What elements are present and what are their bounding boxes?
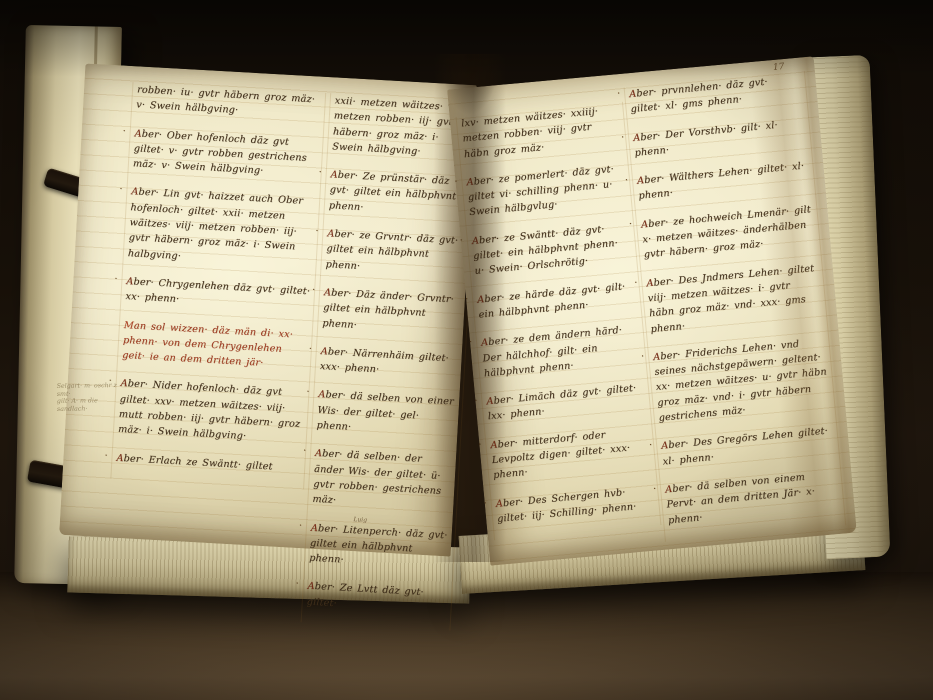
- paragraph-mark: ·: [312, 283, 316, 298]
- paragraph-mark: ·: [315, 225, 319, 240]
- ledger-entry: ·Aber· Erlach ze Swäntt· giltet: [116, 450, 301, 476]
- paragraph-mark: ·: [478, 438, 482, 454]
- paragraph-mark: ·: [483, 496, 487, 512]
- rubric-note: Man sol wizzen· däz män di· xx· phenn· v…: [122, 318, 308, 374]
- ledger-entry: ·Aber· ze härde däz gvt· gilt· ein hälbp…: [477, 278, 637, 323]
- paragraph-mark: ·: [303, 445, 307, 460]
- ledger-entry: ·Aber· Ze Lvtt däz gvt· giltet·: [306, 579, 447, 617]
- paragraph-mark: ·: [104, 449, 108, 464]
- ledger-entry: ·Aber· Des Jndmers Lehen· giltet viij· m…: [646, 261, 823, 338]
- right-page-column-2: ·Aber· prvnnlehen· däz gvt· giltet· xl· …: [624, 71, 847, 541]
- paragraph-mark: ·: [308, 342, 312, 357]
- paragraph-mark: ·: [469, 336, 473, 352]
- ledger-entry: ·Aber· ze hochweich Lmenär· gilt x· metz…: [640, 202, 815, 263]
- ledger-entry: ·Aber· Der Vorsthvb· gilt· xl· phenn·: [633, 115, 807, 161]
- ledger-entry: ·Aber· dä selben von einer Wis· der gilt…: [316, 387, 458, 441]
- ledger-entry: ·Aber· Närrenhäim giltet· xxx· phenn·: [319, 344, 460, 382]
- ledger-entry-continuation: robben· iu· gvtr häbern groz mäz· v· Swe…: [136, 82, 321, 123]
- ledger-entry: ·Aber· Ober hofenloch däz gvt giltet· v·…: [133, 126, 319, 182]
- ledger-entry-continuation: lxv· metzen wäitzes· xxiiij· metzen robb…: [461, 102, 623, 162]
- ledger-entry: ·Aber· Limäch däz gvt· giltet· lxx· phen…: [486, 380, 646, 425]
- paragraph-mark: ·: [122, 124, 126, 139]
- ledger-entry: ·Aber· ze dem ändern härd· Der hälchhof·…: [481, 322, 643, 382]
- paragraph-mark: ·: [617, 87, 621, 103]
- paragraph-mark: ·: [318, 166, 322, 181]
- ledger-entry: ·Aber· Ze prünstär· däz gvt· giltet ein …: [328, 167, 470, 221]
- ledger-entry: ·Aber· Däz änder· Grvntr· giltet ein häl…: [322, 285, 464, 339]
- ledger-entry: ·Aber· mitterdorf· oder Levpoltz digen· …: [490, 424, 652, 484]
- folio-number: 17: [773, 62, 785, 73]
- ledger-entry: ·Aber· Friderichs Lehen· vnd seines näch…: [653, 334, 831, 426]
- ledger-entry: ·Aber· Des Gregörs Lehen giltet· xl· phe…: [661, 423, 835, 469]
- ledger-entry: ·Aber· ze Swäntt· däz gvt· giltet· ein h…: [471, 220, 633, 280]
- ledger-entry: ·Aber· Lin gvt· haizzet auch Ober hofenl…: [128, 185, 316, 272]
- paragraph-mark: ·: [474, 394, 478, 410]
- ledger-entry-with-interlinear: Luig ·Aber· Litenperch· däz gvt· giltet …: [309, 520, 451, 574]
- paragraph-mark: ·: [299, 519, 303, 534]
- ledger-entry: ·Aber· Chrygenlehen däz gvt· giltet· xx·…: [125, 274, 310, 315]
- right-page: 17 lxv· metzen wäitzes· xxiiij· metzen r…: [447, 56, 857, 565]
- ledger-entry: ·Aber· Litenperch· däz gvt· giltet ein h…: [309, 520, 451, 574]
- paragraph-mark: ·: [306, 386, 310, 401]
- ledger-entry: ·Aber· ze pomerlert· däz gvt· giltet vi·…: [466, 161, 628, 221]
- paragraph-mark: ·: [465, 292, 469, 308]
- ledger-entry: ·Aber· ze Grvntr· däz gvt· giltet ein hä…: [325, 226, 467, 280]
- ledger-entry: ·Aber· dä selben von einem Pervt· an dem…: [665, 467, 840, 528]
- paragraph-mark: ·: [119, 183, 123, 198]
- ledger-entry: ·Aber· Des Schergen hvb· giltet· iij· Sc…: [495, 482, 655, 527]
- left-page-column-1: robben· iu· gvtr häbern groz mäz· v· Swe…: [110, 82, 326, 489]
- left-page-column-2: xxii· metzen wäitzes· viii· metzen robbe…: [301, 93, 480, 631]
- manuscript-photo-scene: Selgart· m· oschr z smt· gilt· A· m die …: [0, 0, 933, 700]
- paragraph-mark: ·: [454, 175, 458, 191]
- ledger-entry: ·Aber· Nider hofenloch· däz gvt giltet· …: [118, 376, 305, 447]
- ledger-entry: ·Aber· prvnnlehen· däz gvt· giltet· xl· …: [629, 72, 803, 118]
- ledger-entry: ·Aber· dä selben· der änder Wis· der gil…: [312, 446, 455, 515]
- paragraph-mark: ·: [459, 234, 463, 250]
- ledger-entry: ·Aber· Wälthers Lehen· giltet· xl· phenn…: [637, 158, 811, 204]
- paragraph-mark: ·: [114, 272, 118, 287]
- left-page: Selgart· m· oschr z smt· gilt· A· m die …: [59, 63, 477, 556]
